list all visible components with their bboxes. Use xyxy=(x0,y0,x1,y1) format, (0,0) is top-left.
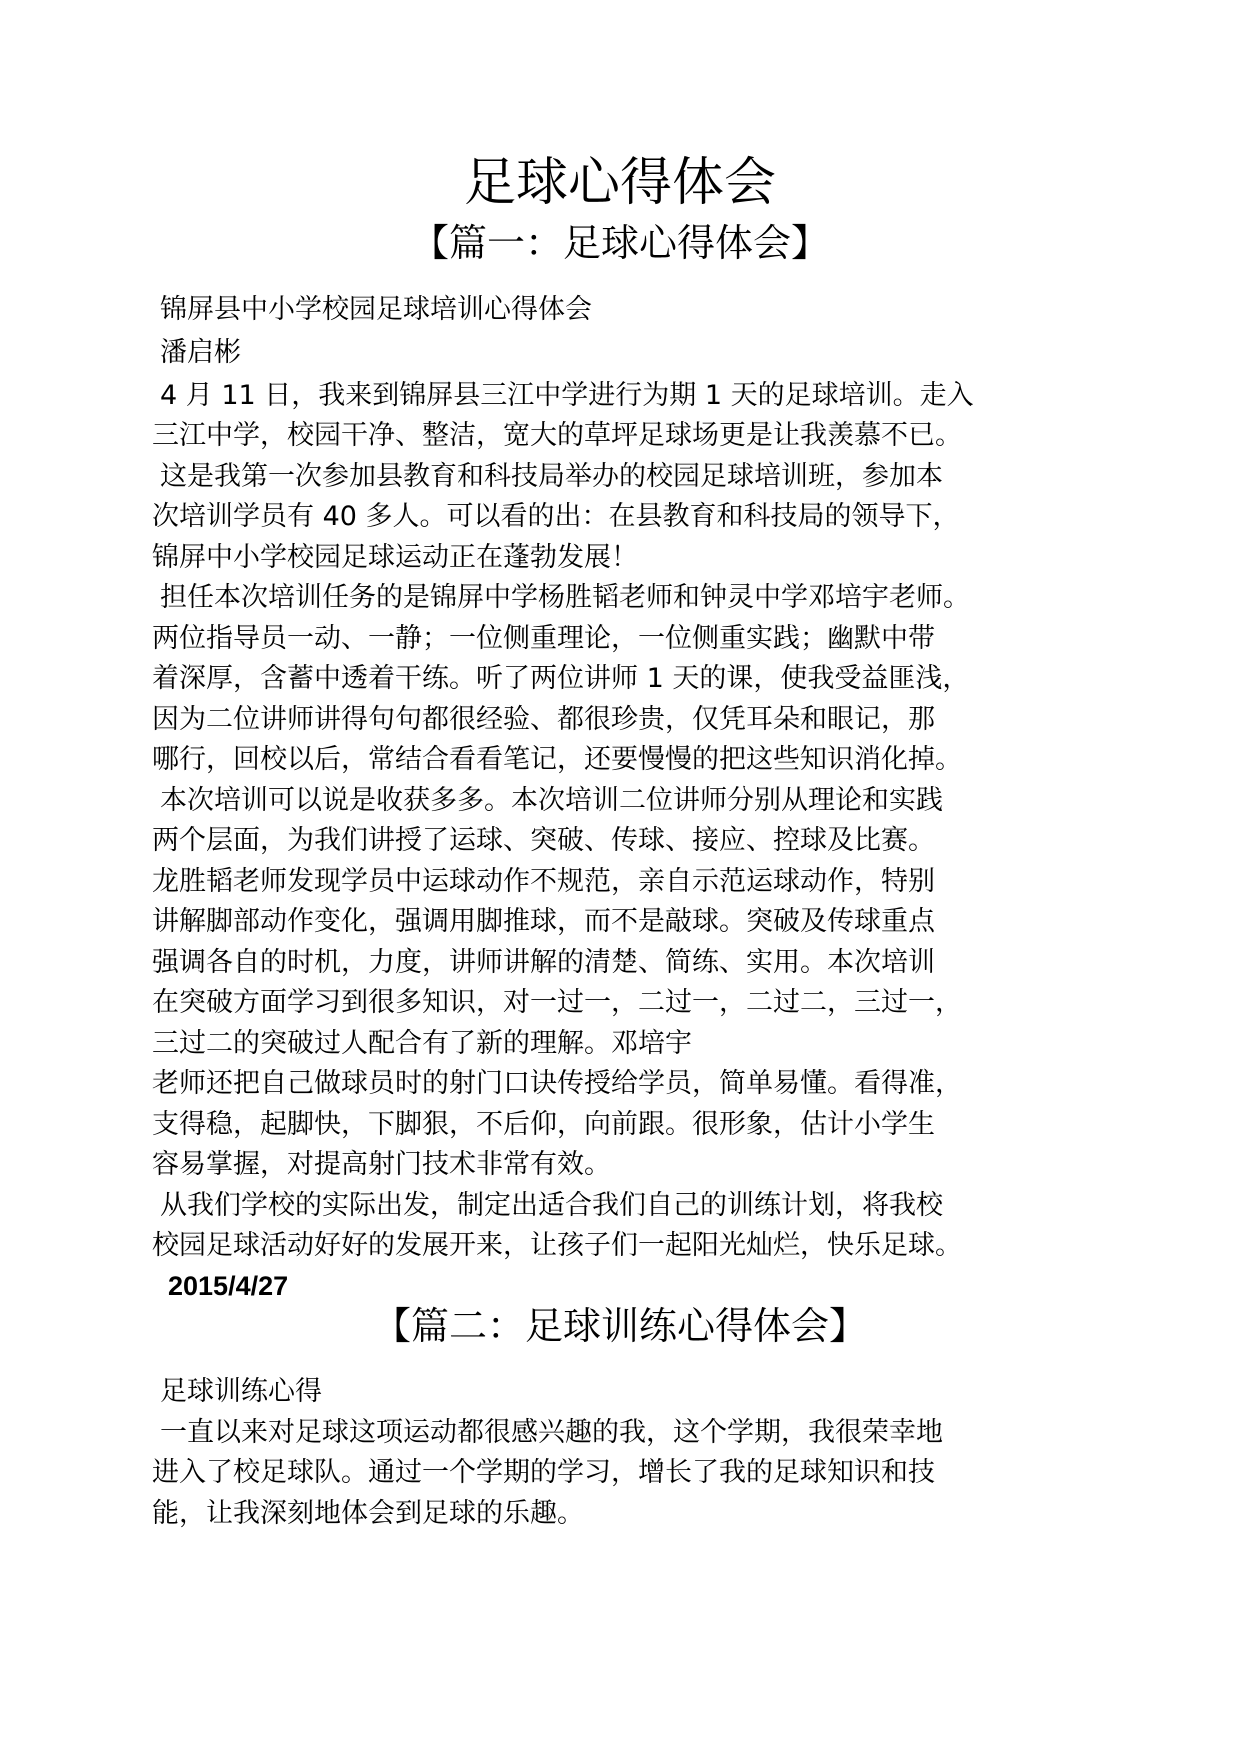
paragraph-line: 强调各自的时机，力度，讲师讲解的清楚、简练、实用。本次培训 xyxy=(152,945,935,981)
paragraph-line: 从我们学校的实际出发，制定出适合我们自己的训练计划，将我校 xyxy=(160,1188,943,1224)
paragraph-line: 老师还把自己做球员时的射门口诀传授给学员，简单易懂。看得准， xyxy=(152,1066,962,1102)
paragraph-line: 三过二的突破过人配合有了新的理解。邓培宇 xyxy=(152,1026,692,1062)
paragraph-line: 讲解脚部动作变化，强调用脚推球，而不是敲球。突破及传球重点 xyxy=(152,904,935,940)
paragraph-line: 哪行，回校以后，常结合看看笔记，还要慢慢的把这些知识消化掉。 xyxy=(152,742,962,778)
section-1-author: 潘启彬 xyxy=(160,335,241,371)
paragraph-line: 龙胜韬老师发现学员中运球动作不规范，亲自示范运球动作，特别 xyxy=(152,864,935,900)
paragraph-line: 锦屏中小学校园足球运动正在蓬勃发展！ xyxy=(152,540,638,576)
paragraph-line: 本次培训可以说是收获多多。本次培训二位讲师分别从理论和实践 xyxy=(160,783,943,819)
paragraph-line: 进入了校足球队。通过一个学期的学习，增长了我的足球知识和技 xyxy=(152,1455,935,1491)
paragraph-line: 这是我第一次参加县教育和科技局举办的校园足球培训班，参加本 xyxy=(160,459,943,495)
paragraph-line: 着深厚，含蓄中透着干练。听了两位讲师 1 天的课，使我受益匪浅， xyxy=(152,661,969,697)
paragraph-line: 能，让我深刻地体会到足球的乐趣。 xyxy=(152,1496,584,1532)
paragraph-line: 一直以来对足球这项运动都很感兴趣的我，这个学期，我很荣幸地 xyxy=(160,1415,943,1451)
paragraph-line: 三江中学，校园干净、整洁，宽大的草坪足球场更是让我羡慕不已。 xyxy=(152,418,962,454)
document-title: 足球心得体会 xyxy=(0,152,1240,214)
paragraph-line: 次培训学员有 40 多人。可以看的出：在县教育和科技局的领导下， xyxy=(152,499,960,535)
document-page: 足球心得体会 【篇一：足球心得体会】 锦屏县中小学校园足球培训心得体会 潘启彬 … xyxy=(0,0,1240,1753)
paragraph-line: 容易掌握，对提高射门技术非常有效。 xyxy=(152,1147,611,1183)
section-1-date: 2015/4/27 xyxy=(168,1268,288,1304)
paragraph-line: 因为二位讲师讲得句句都很经验、都很珍贵，仅凭耳朵和眼记，那 xyxy=(152,702,935,738)
paragraph-line: 在突破方面学习到很多知识，对一过一，二过一，二过二，三过一， xyxy=(152,985,962,1021)
section-1-subtitle: 锦屏县中小学校园足球培训心得体会 xyxy=(160,292,592,328)
paragraph-line: 两个层面，为我们讲授了运球、突破、传球、接应、控球及比赛。 xyxy=(152,823,935,859)
section-1-heading: 【篇一：足球心得体会】 xyxy=(0,220,1240,266)
section-2-subtitle: 足球训练心得 xyxy=(160,1374,322,1410)
paragraph-line: 4 月 11 日，我来到锦屏县三江中学进行为期 1 天的足球培训。走入 xyxy=(160,378,974,414)
paragraph-line: 两位指导员一动、一静；一位侧重理论，一位侧重实践；幽默中带 xyxy=(152,621,935,657)
paragraph-line: 支得稳，起脚快，下脚狠，不后仰，向前跟。很形象，估计小学生 xyxy=(152,1107,935,1143)
section-2-heading: 【篇二：足球训练心得体会】 xyxy=(0,1303,1240,1349)
paragraph-line: 校园足球活动好好的发展开来，让孩子们一起阳光灿烂，快乐足球。 xyxy=(152,1228,962,1264)
paragraph-line: 担任本次培训任务的是锦屏中学杨胜韬老师和钟灵中学邓培宇老师。 xyxy=(160,580,970,616)
